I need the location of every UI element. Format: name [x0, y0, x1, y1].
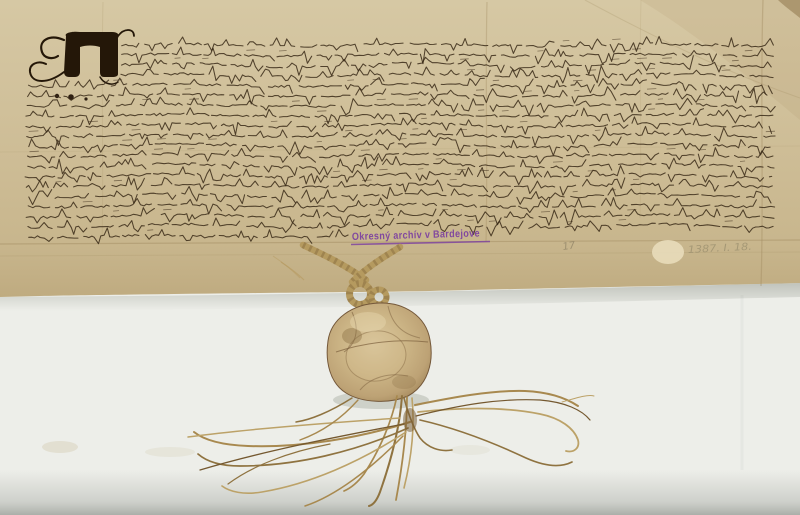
parchment-sheet [0, 0, 800, 297]
abbreviation-marks [147, 230, 153, 231]
background-smudge [145, 447, 195, 457]
wax-seal [327, 303, 431, 401]
background-smudge [42, 441, 78, 453]
thread-knot [403, 408, 417, 432]
abbreviation-marks [83, 201, 93, 202]
background-smudge [450, 445, 490, 455]
ink-spot [84, 97, 87, 100]
crease-vertical [640, 0, 641, 218]
seal-recess [392, 375, 416, 389]
pencil-number: 17 [562, 240, 577, 253]
abrasion-spot [652, 240, 684, 264]
seal-highlight [350, 312, 386, 332]
charter-scan: Okresný archív v Bardejove 17 1387. I. 1… [0, 0, 800, 515]
